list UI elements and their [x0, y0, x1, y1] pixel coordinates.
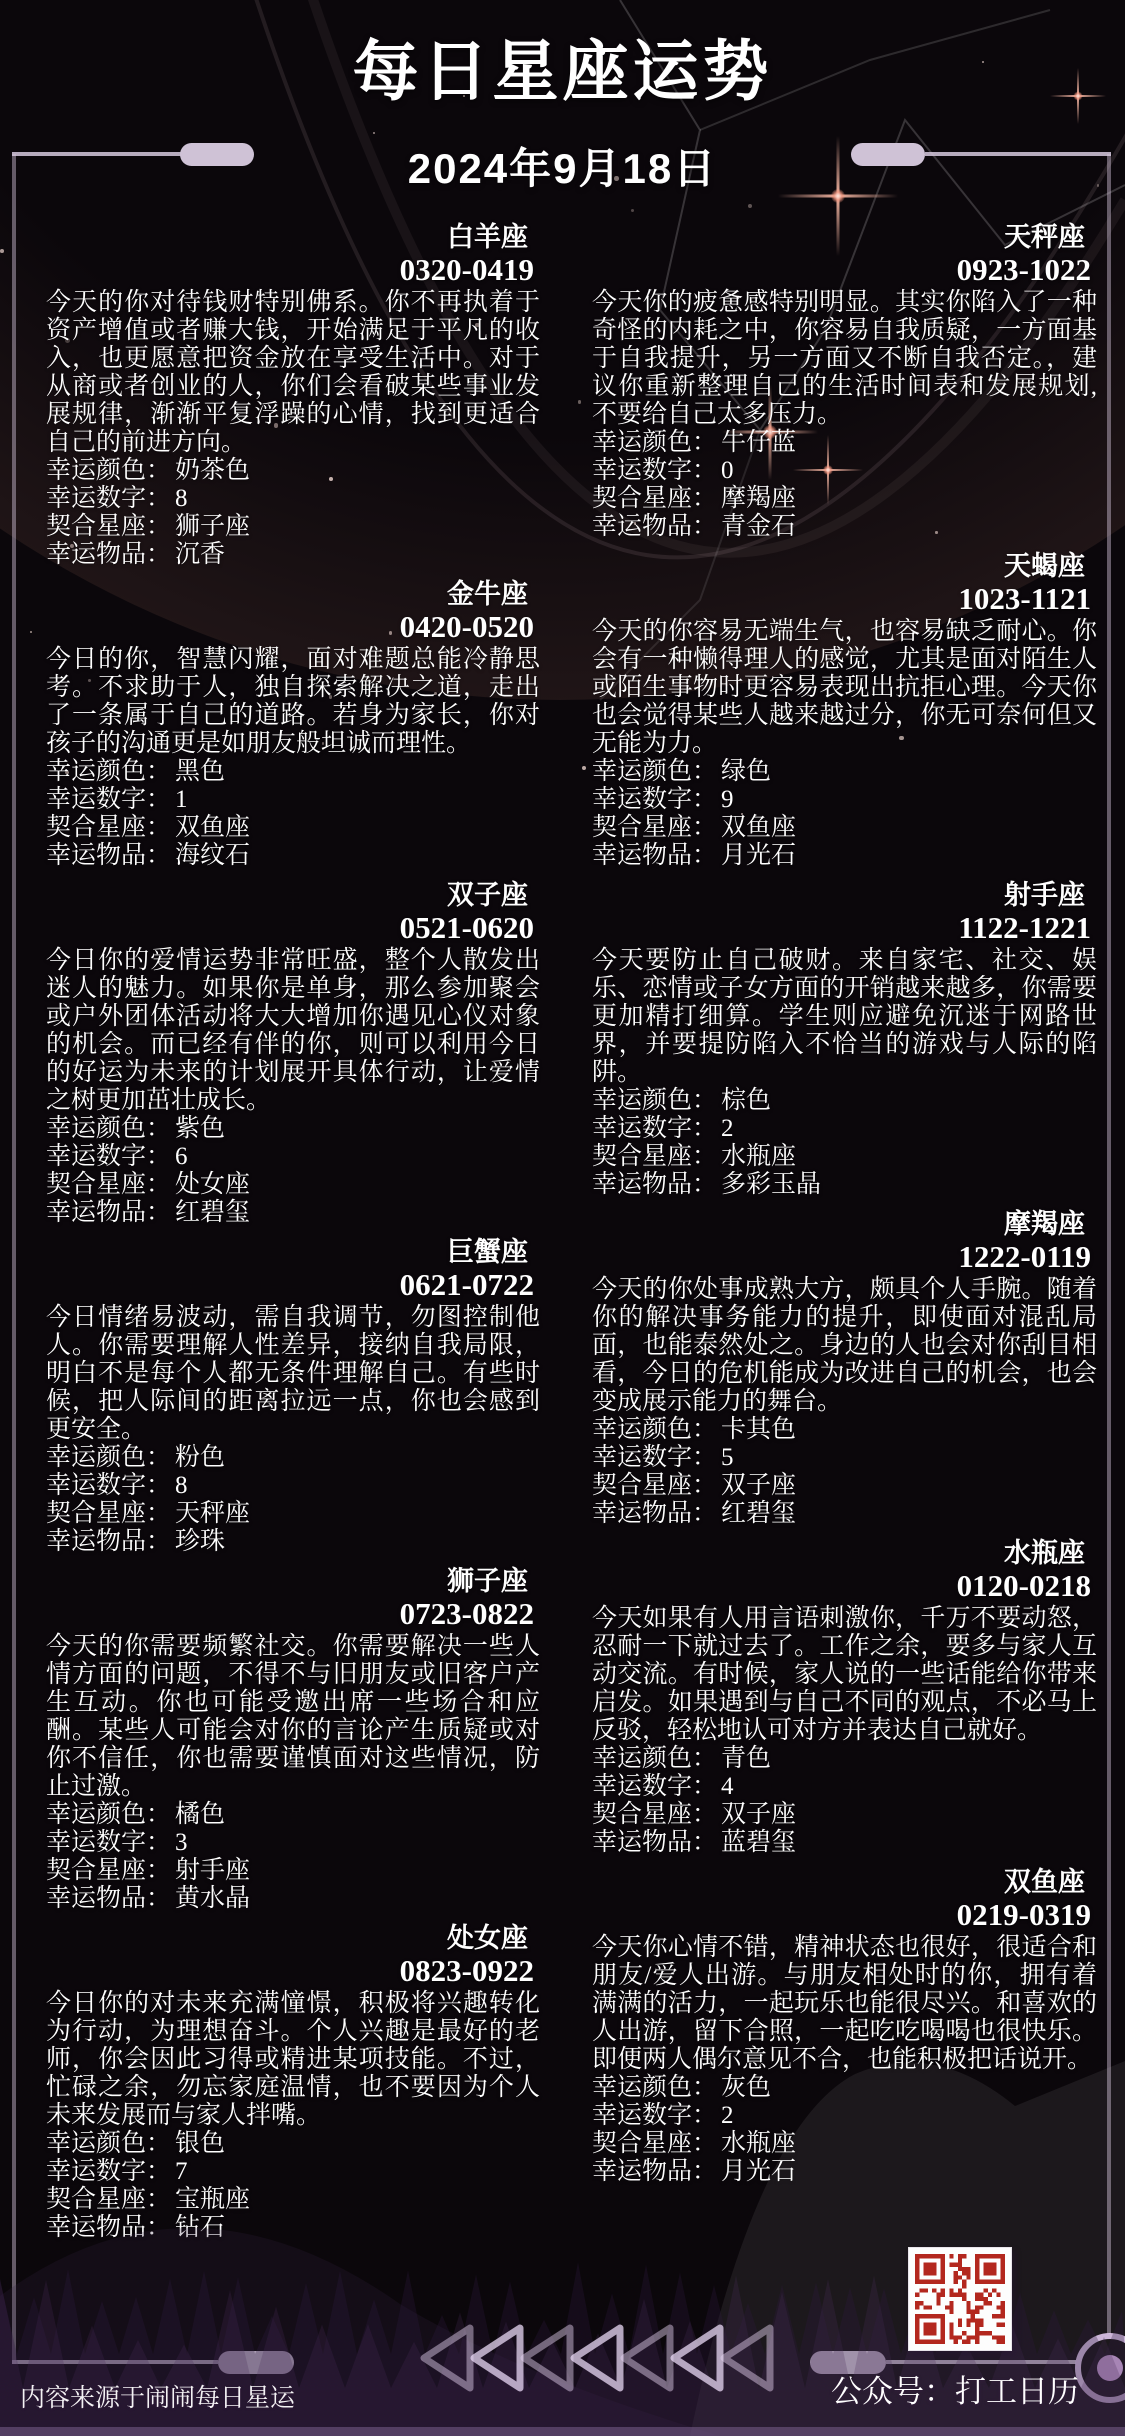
- match-sign-label: 契合星座：: [46, 814, 171, 841]
- lucky-number-row: 幸运数字：3: [46, 1829, 540, 1857]
- star-dot: [0, 249, 4, 253]
- lucky-number-label: 幸运数字：: [46, 1829, 171, 1856]
- lucky-number-value: 6: [175, 1143, 188, 1170]
- match-sign-row: 契合星座：处女座: [46, 1171, 540, 1199]
- match-sign-row: 契合星座：双子座: [592, 1801, 1097, 1829]
- match-sign-label: 契合星座：: [592, 1801, 717, 1828]
- match-sign-row: 契合星座：狮子座: [46, 513, 540, 541]
- match-sign-row: 契合星座：射手座: [46, 1857, 540, 1885]
- lucky-number-value: 3: [175, 1829, 188, 1856]
- sign-horoscope-text: 今日你的爱情运势非常旺盛，整个人散发出迷人的魅力。如果你是单身，那么参加聚会或户…: [46, 947, 540, 1115]
- sign-date-range: 0219-0319: [592, 1898, 1097, 1932]
- lucky-number-label: 幸运数字：: [46, 2158, 171, 2185]
- frame-left-line: [12, 154, 16, 2364]
- lucky-item-value: 珍珠: [175, 1528, 225, 1555]
- left-arrow-icon: [674, 2328, 720, 2388]
- lucky-color-value: 棕色: [721, 1087, 771, 1114]
- zodiac-sign-section: 天秤座 0923-1022 今天你的疲惫感特别明显。其实你陷入了一种奇怪的内耗之…: [592, 222, 1097, 541]
- lucky-color-value: 卡其色: [721, 1416, 796, 1443]
- lucky-color-label: 幸运颜色：: [592, 1416, 717, 1443]
- lucky-number-row: 幸运数字：0: [592, 457, 1097, 485]
- lucky-color-row: 幸运颜色：粉色: [46, 1444, 540, 1472]
- lucky-item-value: 沉香: [175, 541, 225, 568]
- lucky-number-row: 幸运数字：5: [592, 1444, 1097, 1472]
- star-dot: [748, 204, 752, 208]
- lucky-item-value: 红碧玺: [721, 1500, 796, 1527]
- lucky-number-value: 8: [175, 1472, 188, 1499]
- sign-date-range: 0320-0419: [46, 253, 540, 287]
- sign-horoscope-text: 今日你的对未来充满憧憬，积极将兴趣转化为行动，为理想奋斗。个人兴趣是最好的老师，…: [46, 1990, 540, 2130]
- match-sign-label: 契合星座：: [592, 1143, 717, 1170]
- lucky-item-label: 幸运物品：: [592, 1500, 717, 1527]
- sign-name: 射手座: [592, 880, 1097, 911]
- left-column: 白羊座 0320-0419 今天的你对待钱财特别佛系。你不再执着于资产增值或者赚…: [46, 222, 540, 2242]
- match-sign-value: 摩羯座: [721, 485, 796, 512]
- lucky-item-label: 幸运物品：: [46, 541, 171, 568]
- zodiac-sign-section: 白羊座 0320-0419 今天的你对待钱财特别佛系。你不再执着于资产增值或者赚…: [46, 222, 540, 569]
- lucky-item-row: 幸运物品：黄水晶: [46, 1885, 540, 1913]
- lucky-color-label: 幸运颜色：: [592, 429, 717, 456]
- lucky-color-value: 紫色: [175, 1115, 225, 1142]
- left-arrow-icon: [524, 2328, 570, 2388]
- lucky-color-row: 幸运颜色：棕色: [592, 1087, 1097, 1115]
- lucky-item-value: 多彩玉晶: [721, 1171, 821, 1198]
- lucky-color-row: 幸运颜色：橘色: [46, 1801, 540, 1829]
- frame-right-line: [1107, 154, 1111, 2334]
- lucky-number-row: 幸运数字：1: [46, 786, 540, 814]
- lucky-number-row: 幸运数字：2: [592, 1115, 1097, 1143]
- sign-name: 狮子座: [46, 1566, 540, 1597]
- sign-date-range: 0621-0722: [46, 1268, 540, 1302]
- lucky-color-label: 幸运颜色：: [46, 758, 171, 785]
- match-sign-value: 水瓶座: [721, 2130, 796, 2157]
- lucky-number-label: 幸运数字：: [592, 786, 717, 813]
- footer-account-text: 公众号：打工日历: [831, 2366, 1079, 2411]
- lucky-color-label: 幸运颜色：: [592, 2074, 717, 2101]
- lucky-color-value: 牛仔蓝: [721, 429, 796, 456]
- match-sign-label: 契合星座：: [592, 1472, 717, 1499]
- lucky-item-label: 幸运物品：: [46, 842, 171, 869]
- zodiac-sign-section: 狮子座 0723-0822 今天的你需要频繁社交。你需要解决一些人情方面的问题，…: [46, 1566, 540, 1913]
- sign-name: 水瓶座: [592, 1538, 1097, 1569]
- lucky-number-value: 7: [175, 2158, 188, 2185]
- match-sign-label: 契合星座：: [592, 485, 717, 512]
- lucky-item-row: 幸运物品：珍珠: [46, 1528, 540, 1556]
- zodiac-sign-section: 双鱼座 0219-0319 今天你心情不错，精神状态也很好，很适合和朋友/爱人出…: [592, 1867, 1097, 2186]
- lucky-number-row: 幸运数字：2: [592, 2102, 1097, 2130]
- lucky-item-value: 月光石: [721, 842, 796, 869]
- sign-horoscope-text: 今日的你，智慧闪耀，面对难题总能冷静思考。不求助于人，独自探索解决之道，走出了一…: [46, 646, 540, 758]
- lucky-number-value: 9: [721, 786, 734, 813]
- match-sign-label: 契合星座：: [46, 513, 171, 540]
- match-sign-row: 契合星座：水瓶座: [592, 2130, 1097, 2158]
- bottom-strip: [0, 2427, 1125, 2436]
- sign-horoscope-text: 今天你心情不错，精神状态也很好，很适合和朋友/爱人出游。与朋友相处时的你，拥有着…: [592, 1934, 1097, 2074]
- lucky-number-row: 幸运数字：9: [592, 786, 1097, 814]
- lucky-item-value: 红碧玺: [175, 1199, 250, 1226]
- lucky-color-label: 幸运颜色：: [46, 457, 171, 484]
- sign-horoscope-text: 今天你的疲惫感特别明显。其实你陷入了一种奇怪的内耗之中，你容易自我质疑，一方面基…: [592, 289, 1097, 429]
- zodiac-sign-section: 金牛座 0420-0520 今日的你，智慧闪耀，面对难题总能冷静思考。不求助于人…: [46, 579, 540, 870]
- star-dot: [373, 132, 375, 134]
- sign-horoscope-text: 今天如果有人用言语刺激你，千万不要动怒，忍耐一下就过去了。工作之余，要多与家人互…: [592, 1605, 1097, 1745]
- lucky-item-label: 幸运物品：: [592, 513, 717, 540]
- page-date: 2024年9月18日: [0, 136, 1125, 196]
- sign-horoscope-text: 今天的你处事成熟大方，颇具个人手腕。随着你的解决事务能力的提升，即使面对混乱局面…: [592, 1276, 1097, 1416]
- lucky-number-value: 2: [721, 1115, 734, 1142]
- lucky-item-row: 幸运物品：海纹石: [46, 842, 540, 870]
- lucky-number-label: 幸运数字：: [592, 1115, 717, 1142]
- lucky-color-value: 绿色: [721, 758, 771, 785]
- lucky-color-value: 银色: [175, 2130, 225, 2157]
- star-dot: [631, 209, 634, 212]
- lucky-color-label: 幸运颜色：: [46, 1444, 171, 1471]
- match-sign-value: 狮子座: [175, 513, 250, 540]
- lucky-number-row: 幸运数字：8: [46, 485, 540, 513]
- lucky-number-label: 幸运数字：: [46, 1143, 171, 1170]
- match-sign-row: 契合星座：宝瓶座: [46, 2186, 540, 2214]
- lucky-item-label: 幸运物品：: [592, 1829, 717, 1856]
- match-sign-value: 处女座: [175, 1171, 250, 1198]
- lucky-item-value: 钻石: [175, 2214, 225, 2241]
- star-dot: [578, 400, 582, 404]
- lucky-color-row: 幸运颜色：卡其色: [592, 1416, 1097, 1444]
- match-sign-row: 契合星座：摩羯座: [592, 485, 1097, 513]
- sign-name: 天秤座: [592, 222, 1097, 253]
- match-sign-value: 宝瓶座: [175, 2186, 250, 2213]
- lucky-color-row: 幸运颜色：牛仔蓝: [592, 429, 1097, 457]
- sign-name: 处女座: [46, 1923, 540, 1954]
- zodiac-sign-section: 天蝎座 1023-1121 今天的你容易无端生气，也容易缺乏耐心。你会有一种懒得…: [592, 551, 1097, 870]
- lucky-item-row: 幸运物品：青金石: [592, 513, 1097, 541]
- lucky-number-label: 幸运数字：: [46, 485, 171, 512]
- lucky-color-label: 幸运颜色：: [592, 1087, 717, 1114]
- lucky-color-row: 幸运颜色：青色: [592, 1745, 1097, 1773]
- frame-bottom-right-line: [886, 2360, 1076, 2364]
- lucky-item-row: 幸运物品：红碧玺: [592, 1500, 1097, 1528]
- ring-node-icon: [1075, 2333, 1125, 2403]
- lucky-color-row: 幸运颜色：奶茶色: [46, 457, 540, 485]
- lucky-color-row: 幸运颜色：紫色: [46, 1115, 540, 1143]
- lucky-number-row: 幸运数字：7: [46, 2158, 540, 2186]
- sign-date-range: 1122-1221: [592, 911, 1097, 945]
- sign-horoscope-text: 今日情绪易波动，需自我调节，勿图控制他人。你需要理解人性差异，接纳自我局限，明白…: [46, 1304, 540, 1444]
- lucky-color-value: 粉色: [175, 1444, 225, 1471]
- zodiac-sign-section: 摩羯座 1222-0119 今天的你处事成熟大方，颇具个人手腕。随着你的解决事务…: [592, 1209, 1097, 1528]
- sign-name: 白羊座: [46, 222, 540, 253]
- footer-source-text: 内容来源于闹闹每日星运: [20, 2378, 295, 2414]
- lucky-color-value: 青色: [721, 1745, 771, 1772]
- match-sign-value: 双子座: [721, 1472, 796, 1499]
- qr-code-image: [908, 2247, 1012, 2351]
- lucky-number-row: 幸运数字：8: [46, 1472, 540, 1500]
- lucky-item-row: 幸运物品：月光石: [592, 2158, 1097, 2186]
- lucky-number-label: 幸运数字：: [592, 1444, 717, 1471]
- lucky-number-value: 5: [721, 1444, 734, 1471]
- sign-name: 双鱼座: [592, 1867, 1097, 1898]
- frame-pill: [218, 2351, 294, 2374]
- lucky-number-value: 2: [721, 2102, 734, 2129]
- match-sign-row: 契合星座：双子座: [592, 1472, 1097, 1500]
- lucky-color-label: 幸运颜色：: [592, 1745, 717, 1772]
- lucky-item-value: 蓝碧玺: [721, 1829, 796, 1856]
- match-sign-label: 契合星座：: [46, 1857, 171, 1884]
- zodiac-sign-section: 水瓶座 0120-0218 今天如果有人用言语刺激你，千万不要动怒，忍耐一下就过…: [592, 1538, 1097, 1857]
- sign-date-range: 0420-0520: [46, 610, 540, 644]
- sign-horoscope-text: 今天的你容易无端生气，也容易缺乏耐心。你会有一种懒得理人的感觉，尤其是面对陌生人…: [592, 618, 1097, 758]
- lucky-item-label: 幸运物品：: [592, 2158, 717, 2185]
- left-arrow-icon: [574, 2328, 620, 2388]
- sign-name: 双子座: [46, 880, 540, 911]
- lucky-item-label: 幸运物品：: [46, 2214, 171, 2241]
- match-sign-value: 双子座: [721, 1801, 796, 1828]
- zodiac-sign-section: 处女座 0823-0922 今日你的对未来充满憧憬，积极将兴趣转化为行动，为理想…: [46, 1923, 540, 2242]
- sign-date-range: 0723-0822: [46, 1597, 540, 1631]
- match-sign-value: 双鱼座: [175, 814, 250, 841]
- lucky-item-value: 月光石: [721, 2158, 796, 2185]
- lucky-color-row: 幸运颜色：灰色: [592, 2074, 1097, 2102]
- sign-horoscope-text: 今天要防止自己破财。来自家宅、社交、娱乐、恋情或子女方面的开销越来越多，你需要更…: [592, 947, 1097, 1087]
- lucky-color-value: 奶茶色: [175, 457, 250, 484]
- sign-date-range: 0120-0218: [592, 1569, 1097, 1603]
- right-column: 天秤座 0923-1022 今天你的疲惫感特别明显。其实你陷入了一种奇怪的内耗之…: [592, 222, 1097, 2186]
- lucky-color-row: 幸运颜色：绿色: [592, 758, 1097, 786]
- left-arrow-icon: [424, 2328, 470, 2388]
- zodiac-sign-section: 巨蟹座 0621-0722 今日情绪易波动，需自我调节，勿图控制他人。你需要理解…: [46, 1237, 540, 1556]
- lucky-item-label: 幸运物品：: [592, 842, 717, 869]
- left-arrow-icon: [724, 2328, 770, 2388]
- lucky-color-value: 黑色: [175, 758, 225, 785]
- zodiac-sign-section: 双子座 0521-0620 今日你的爱情运势非常旺盛，整个人散发出迷人的魅力。如…: [46, 880, 540, 1227]
- lucky-color-label: 幸运颜色：: [46, 1801, 171, 1828]
- star-dot: [30, 631, 32, 633]
- lucky-item-row: 幸运物品：沉香: [46, 541, 540, 569]
- lucky-item-label: 幸运物品：: [46, 1885, 171, 1912]
- lucky-number-label: 幸运数字：: [592, 457, 717, 484]
- lucky-color-row: 幸运颜色：黑色: [46, 758, 540, 786]
- lucky-number-row: 幸运数字：4: [592, 1773, 1097, 1801]
- lucky-number-value: 8: [175, 485, 188, 512]
- sign-horoscope-text: 今天的你对待钱财特别佛系。你不再执着于资产增值或者赚大钱，开始满足于平凡的收入，…: [46, 289, 540, 457]
- sign-date-range: 1222-0119: [592, 1240, 1097, 1274]
- lucky-color-row: 幸运颜色：银色: [46, 2130, 540, 2158]
- left-arrow-icon: [474, 2328, 520, 2388]
- lucky-number-value: 0: [721, 457, 734, 484]
- lucky-item-label: 幸运物品：: [592, 1171, 717, 1198]
- match-sign-label: 契合星座：: [46, 1171, 171, 1198]
- match-sign-value: 天秤座: [175, 1500, 250, 1527]
- horoscope-poster: 每日星座运势 2024年9月18日 白羊座 0320-0419 今天的你对待钱财…: [0, 0, 1125, 2436]
- match-sign-row: 契合星座：天秤座: [46, 1500, 540, 1528]
- lucky-number-label: 幸运数字：: [592, 1773, 717, 1800]
- match-sign-row: 契合星座：双鱼座: [46, 814, 540, 842]
- lucky-item-row: 幸运物品：钻石: [46, 2214, 540, 2242]
- lucky-item-row: 幸运物品：蓝碧玺: [592, 1829, 1097, 1857]
- lucky-color-label: 幸运颜色：: [592, 758, 717, 785]
- match-sign-label: 契合星座：: [592, 814, 717, 841]
- lucky-number-value: 4: [721, 1773, 734, 1800]
- match-sign-label: 契合星座：: [46, 2186, 171, 2213]
- sign-name: 天蝎座: [592, 551, 1097, 582]
- sign-date-range: 0823-0922: [46, 1954, 540, 1988]
- star-dot: [582, 766, 586, 770]
- lucky-item-value: 黄水晶: [175, 1885, 250, 1912]
- match-sign-row: 契合星座：双鱼座: [592, 814, 1097, 842]
- sign-date-range: 0521-0620: [46, 911, 540, 945]
- lucky-number-label: 幸运数字：: [46, 1472, 171, 1499]
- lucky-item-row: 幸运物品：红碧玺: [46, 1199, 540, 1227]
- lucky-color-label: 幸运颜色：: [46, 1115, 171, 1142]
- sign-date-range: 1023-1121: [592, 582, 1097, 616]
- match-sign-value: 双鱼座: [721, 814, 796, 841]
- sign-date-range: 0923-1022: [592, 253, 1097, 287]
- lucky-number-label: 幸运数字：: [46, 786, 171, 813]
- match-sign-label: 契合星座：: [592, 2130, 717, 2157]
- sign-name: 巨蟹座: [46, 1237, 540, 1268]
- match-sign-value: 射手座: [175, 1857, 250, 1884]
- lucky-item-label: 幸运物品：: [46, 1199, 171, 1226]
- match-sign-value: 水瓶座: [721, 1143, 796, 1170]
- lucky-item-row: 幸运物品：月光石: [592, 842, 1097, 870]
- left-arrow-icon: [624, 2328, 670, 2388]
- sign-name: 金牛座: [46, 579, 540, 610]
- frame-bottom-left-line: [12, 2360, 218, 2364]
- lucky-number-label: 幸运数字：: [592, 2102, 717, 2129]
- lucky-number-value: 1: [175, 786, 188, 813]
- lucky-color-value: 橘色: [175, 1801, 225, 1828]
- lucky-color-value: 灰色: [721, 2074, 771, 2101]
- lucky-item-row: 幸运物品：多彩玉晶: [592, 1171, 1097, 1199]
- lucky-number-row: 幸运数字：6: [46, 1143, 540, 1171]
- sign-name: 摩羯座: [592, 1209, 1097, 1240]
- sign-horoscope-text: 今天的你需要频繁社交。你需要解决一些人情方面的问题，不得不与旧朋友或旧客户产生互…: [46, 1633, 540, 1801]
- lucky-item-value: 海纹石: [175, 842, 250, 869]
- lucky-color-label: 幸运颜色：: [46, 2130, 171, 2157]
- lucky-item-label: 幸运物品：: [46, 1528, 171, 1555]
- zodiac-sign-section: 射手座 1122-1221 今天要防止自己破财。来自家宅、社交、娱乐、恋情或子女…: [592, 880, 1097, 1199]
- match-sign-label: 契合星座：: [46, 1500, 171, 1527]
- lucky-item-value: 青金石: [721, 513, 796, 540]
- match-sign-row: 契合星座：水瓶座: [592, 1143, 1097, 1171]
- page-title: 每日星座运势: [0, 18, 1125, 113]
